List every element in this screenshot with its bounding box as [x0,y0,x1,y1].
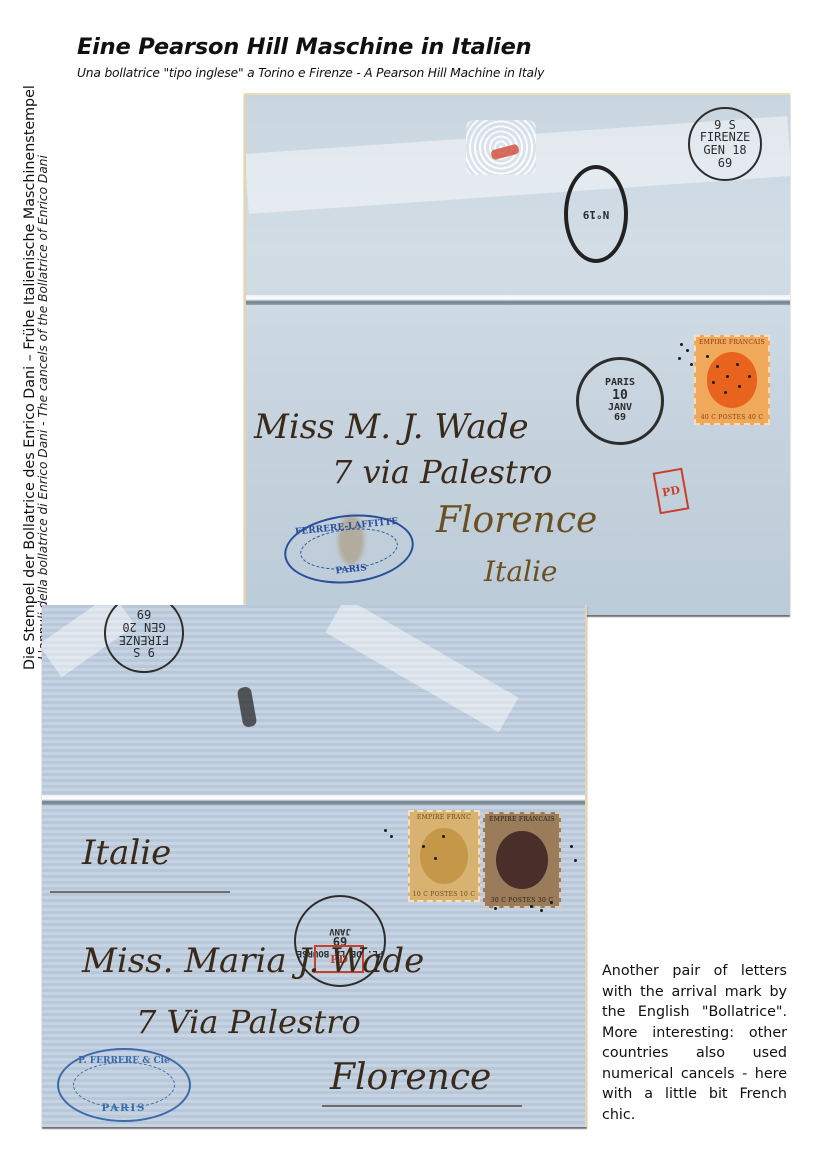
side-subtitle: L'annuli della bollatrice di Enrico Dani… [35,0,51,660]
address-line: Florence [330,1057,491,1098]
numeral-cancel-dots [676,335,776,425]
address-line: Miss. Maria J. Wade [82,941,424,981]
page-subtitle: Una bollatrice "tipo inglese" a Torino e… [77,66,544,80]
postmark-line: 9 S [133,646,155,659]
oval-text: P. FERRERE & Cie [59,1056,189,1066]
postmark-line: 69 [614,413,626,424]
oval-text: PARIS [59,1103,189,1114]
oval-inner-ring [73,1062,175,1108]
transit-postmark-paris: PARIS 10 JANV 69 [576,357,664,445]
sender-oval-cachet: P. FERRERE & Cie PARIS [57,1048,191,1122]
postmark-line: GEN 20 [122,620,165,633]
postmark-line: FIRENZE [119,633,170,646]
paper-crease [325,605,518,732]
address-line: Florence [436,500,597,541]
fold-line [246,295,790,305]
address-line: 7 via Palestro [332,453,552,491]
letter-image-1: 9 S FIRENZE GEN 18 69 N°19 EMPIRE FRANCA… [244,93,790,615]
sender-oval-cachet: FERRERE-LAFFITTE PARIS [281,508,417,589]
back-transit-smudge [237,686,258,728]
postmark-line: 69 [718,157,732,170]
address-line: Italie [82,833,171,873]
arrival-postmark-firenze: 9 S FIRENZE GEN 20 69 [104,605,184,673]
letter-image-2: 9 S FIRENZE GEN 20 69 EMPIRE FRANC 10 C … [42,605,587,1127]
page-title: Eine Pearson Hill Maschine in Italien [77,34,531,60]
arrival-postmark-firenze: 9 S FIRENZE GEN 18 69 [688,107,762,181]
postmark-line: JANV [329,925,351,934]
address-line: Italie [484,555,558,588]
postmark-line: GEN 18 [703,144,746,157]
fold-line [42,795,585,805]
address-line: Miss M. J. Wade [254,407,529,447]
pd-mark: PD [653,468,690,515]
postmark-line: 69 [137,608,151,621]
numeral-cancel-dots [382,805,582,925]
address-line: 7 Via Palestro [136,1003,361,1041]
back-transit-postmark: N°19 [564,165,628,263]
caption-text: Another pair of letters with the arrival… [602,961,787,1125]
postmark-line: N°19 [583,208,610,220]
postmark-line: 10 [612,389,628,403]
flourish-line [50,891,230,893]
flourish-line [322,1105,522,1107]
